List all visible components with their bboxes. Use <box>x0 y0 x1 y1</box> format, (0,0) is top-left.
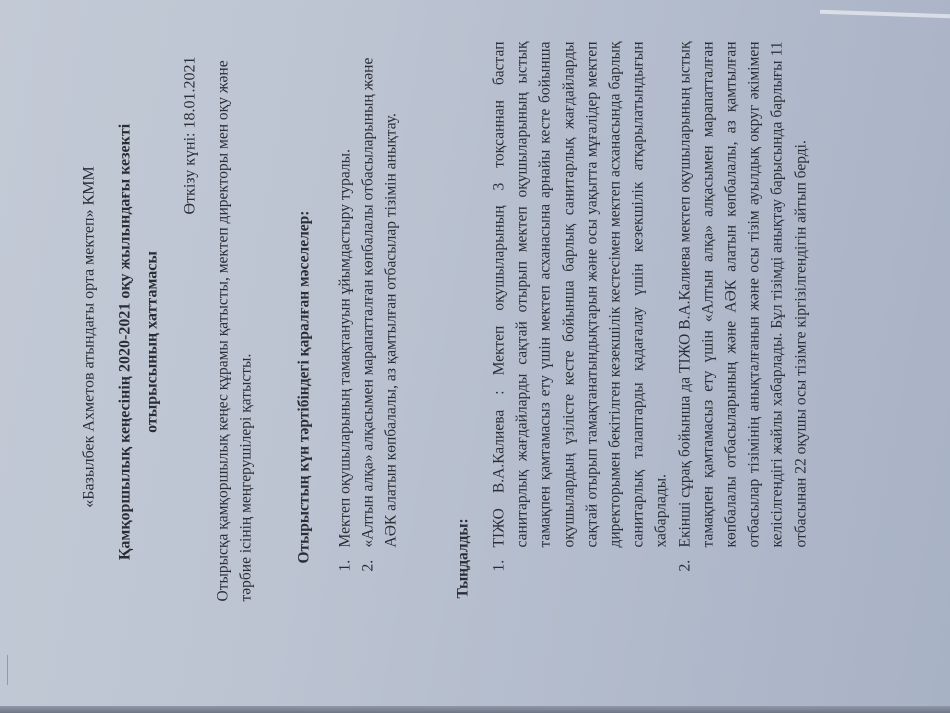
agenda-list: 1. Мектеп оқушыларының тамақтануын ұйымд… <box>334 52 403 572</box>
desk-edge <box>0 706 950 713</box>
agenda-item: 2. «Алтын алқа» алқасымен марапатталған … <box>357 52 403 572</box>
rotated-document-page: «Базылбек Ахметов атындағы орта мектеп» … <box>0 1 950 713</box>
paper-mark <box>7 655 11 685</box>
minutes-item-text: Екінші сұрақ бойынша да ТІЖО В.А.Калиева… <box>676 42 809 548</box>
document-photo: «Базылбек Ахметов атындағы орта мектеп» … <box>0 0 950 713</box>
organization-name: «Базылбек Ахметов атындағы орта мектеп» … <box>78 1 101 713</box>
agenda-item-text: Мектеп оқушыларының тамақтануын ұйымдаст… <box>337 149 354 547</box>
document-title: Қамқоршылық кеңесінің 2020-2021 оқу жылы… <box>112 1 166 713</box>
title-line-2: отырысының хаттамасы <box>139 1 166 684</box>
minutes-list: 1. ТІЖО В.А.Калиева : Мектеп оқушыларыны… <box>488 42 813 572</box>
minutes-item-number: 2. <box>673 560 696 572</box>
minutes-item-number: 1. <box>488 560 511 572</box>
agenda-item: 1. Мектеп оқушыларының тамақтануын ұйымд… <box>334 52 357 572</box>
minutes-item: 2. Екінші сұрақ бойынша да ТІЖО В.А.Кали… <box>673 42 812 572</box>
listened-heading: Тыңдалды: <box>452 518 475 598</box>
meeting-date: Өткізу күні: 18.01.2021 <box>179 57 202 215</box>
agenda-item-text: «Алтын алқа» алқасымен марапатталған көп… <box>360 58 400 548</box>
title-line-1: Қамқоршылық кеңесінің 2020-2021 оқу жылы… <box>112 1 139 684</box>
agenda-item-number: 1. <box>334 560 357 572</box>
attendance-paragraph: Отырысқа қамқоршылық кеңес құрамы қатыст… <box>212 42 258 602</box>
minutes-item: 1. ТІЖО В.А.Калиева : Мектеп оқушыларыны… <box>488 42 674 572</box>
agenda-item-number: 2. <box>357 560 380 572</box>
document-page: «Базылбек Ахметов атындағы орта мектеп» … <box>0 1 950 713</box>
agenda-heading: Отырыстың күн тәртібіндегі қаралған мәсе… <box>293 1 316 713</box>
minutes-item-text: ТІЖО В.А.Калиева : Мектеп оқушыларының 3… <box>491 42 670 548</box>
